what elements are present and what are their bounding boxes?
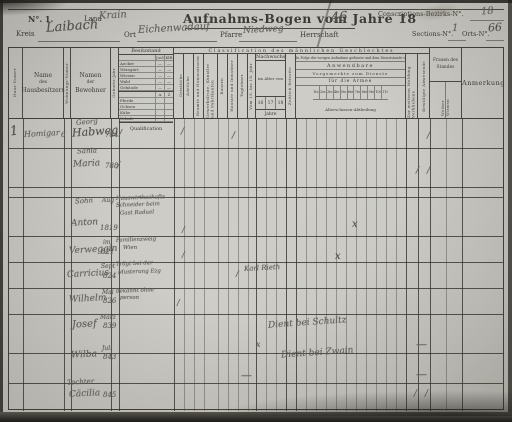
column-army-register: In Folge der vorigen Aufnahme gediente u… (296, 54, 406, 118)
handwritten-entry: — (416, 338, 427, 351)
mini-label: Gebäude (119, 85, 155, 90)
column-birth-year: Geburts-Jahr (111, 48, 119, 118)
grid-vline (204, 119, 205, 411)
column-inhabitants: Namen der Bewohner (71, 48, 111, 118)
table-header: Haus-Numer Name des Hausbesitzers Wohnun… (9, 48, 503, 119)
handwritten-entry: / (236, 269, 239, 278)
handwritten-entry: x (256, 340, 261, 349)
grid-vline (194, 119, 195, 411)
offspring-title: Nachwuchs (256, 54, 285, 61)
mini-value-cell (164, 98, 173, 103)
mini-label: Aecker (119, 61, 155, 66)
grid-vline (286, 119, 287, 411)
mini-value-cell: — (164, 73, 173, 78)
mini-value-cell: — (155, 67, 164, 72)
army-age-class-label: Altersclassen-Abtheilung (325, 100, 376, 118)
column-property: Besitzstand JochKlftAecker——Weingärt.——W… (119, 48, 174, 118)
grid-vline (71, 119, 72, 411)
handwritten-entry: / (182, 250, 185, 259)
column-women: Frauen des Standes Weiber Witwen (430, 48, 462, 118)
mini-value-cell: — (155, 79, 164, 84)
handwritten-entry: Trägt bei der (116, 260, 153, 267)
mini-label: Pferde (119, 98, 155, 103)
grid-vline (366, 119, 367, 411)
mini-header-cell: Z (164, 92, 173, 97)
mini-value-cell: — (155, 85, 164, 90)
offspring-mid-label: im Alter von (258, 61, 283, 96)
army-age-class-cell: 6te (348, 86, 355, 99)
mini-value-cell: — (164, 67, 173, 72)
handwritten-entry: März (100, 314, 116, 321)
ink-smudge (414, 0, 462, 25)
column-officials: Beamte und Honoratioren (194, 54, 204, 118)
property-title: Besitzstand (119, 48, 173, 55)
army-age-class-cell: 5te (341, 86, 348, 99)
mini-value-cell: — (164, 85, 173, 90)
grid-vline (306, 119, 307, 411)
pfarre-label: Pfarre (220, 31, 242, 39)
grid-vline (462, 119, 463, 411)
dwelling-number-label: Wohnungs-Numer (65, 63, 69, 104)
handwritten-entry: Mai (102, 289, 114, 296)
document-sheet: N°. 1. Land Aufnahms-Bogen vom Jahre 18 … (0, 0, 512, 414)
grid-hline (9, 314, 503, 315)
classification-section: Classification des männlichen Geschlecht… (174, 48, 430, 118)
mini-label: Weingärt. (119, 67, 155, 72)
handwritten-entry: im (103, 239, 111, 246)
handwritten-entry: Maria (73, 158, 101, 169)
remarks-label: Anmerkung (462, 79, 505, 87)
handwritten-entry: Tochter (67, 377, 94, 386)
army-age-class-cell: 11te (382, 86, 388, 99)
mini-label (119, 55, 155, 60)
handwritten-entry: — (241, 369, 252, 382)
column-cottagers: Häusler und Inwohner (228, 54, 238, 118)
column-widows: Witwen (446, 82, 450, 118)
army-line2: Anwendbare (296, 62, 405, 70)
property-land-table: JochKlftAecker——Weingärt.——Wiesen——Wald—… (119, 55, 173, 91)
grid-vline (228, 119, 229, 411)
photo-edge-right (508, 0, 512, 414)
handwritten-entry: 845 (103, 391, 116, 399)
handwritten-entry: Eichenwadauf (138, 21, 210, 36)
handwritten-entry: 66 (488, 21, 503, 35)
handwritten-entry: Sohn (75, 196, 94, 205)
bottom-right-shadow (212, 390, 512, 416)
column-offspring: Nachwuchs im Alter von 16 17 18 Jahre (256, 54, 286, 118)
handwritten-entry: 18 (481, 6, 494, 18)
handwritten-entry: 46 (330, 9, 348, 25)
orts-label: Orts-N°. (462, 30, 490, 38)
handwritten-entry: Sept (101, 263, 115, 270)
handwritten-entry: Cäcilia (69, 388, 101, 400)
column-exempted: Zeitlich Befreite (286, 54, 296, 118)
column-tradesmen: Gewerbsleute, Künstler und Fabrikanten (204, 54, 218, 118)
birth-year-label: Geburts-Jahr (112, 68, 116, 98)
handwritten-entry: / (117, 161, 120, 171)
handwritten-entry: / (181, 127, 184, 137)
army-line1: In Folge der vorigen Aufnahme gediente u… (296, 54, 405, 62)
handwritten-entry: / (232, 131, 235, 141)
army-age-class-cell: 7te (354, 86, 361, 99)
column-owner: Name des Hausbesitzers (23, 48, 64, 118)
mini-value-cell: — (155, 73, 164, 78)
handwritten-entry: / (182, 225, 185, 234)
grid-hline (9, 262, 503, 263)
handwritten-entry: / (119, 129, 122, 139)
army-age-class-cell: 3te (327, 86, 334, 99)
army-age-class-cell: 4te (334, 86, 341, 99)
women-subcolumns: Weiber Witwen (441, 82, 451, 118)
grid-vline (218, 119, 219, 411)
mini-label: Wiesen (119, 73, 155, 78)
house-number-label: Haus-Numer (13, 68, 17, 97)
grid-vline (356, 119, 357, 411)
grid-vline (174, 119, 175, 411)
army-age-class-cell: 1te (313, 86, 320, 99)
handwritten-entry: 843 (103, 353, 116, 361)
handwritten-entry: Wilhelm (69, 293, 107, 305)
sections-label: Sections-N°. (412, 30, 453, 38)
handwritten-entry: 824 (103, 272, 116, 280)
mini-value-cell (164, 104, 173, 109)
classification-columns: Geistliche Adeliche Beamte und Honoratio… (174, 54, 429, 118)
mini-value-cell (155, 104, 164, 109)
handwritten-entry: 784 (105, 131, 118, 139)
handwritten-entry: 1819 (100, 224, 118, 232)
handwritten-entry: Sania (77, 146, 97, 155)
mini-header-cell: Joch (155, 55, 164, 60)
property-livestock-table: AZPferdeOchsenKüheSchafe (119, 91, 173, 122)
column-farmers: Bauern (218, 54, 228, 118)
army-age-class-cells: 1te2te3te4te5te6te7te8te9te10te11te (313, 86, 388, 100)
handwritten-entry: Juli (102, 345, 112, 352)
offspring-age-18: 18 (276, 97, 285, 109)
grid-hline (9, 288, 503, 289)
army-age-class-cell: 9te (368, 86, 375, 99)
handwritten-entry: Aug (102, 197, 114, 204)
handwritten-entry: Gast Raduel (120, 209, 154, 216)
mini-label (119, 92, 155, 97)
column-remarks: Anmerkung (462, 48, 505, 118)
handwritten-entry: / (416, 166, 419, 176)
grid-vline (376, 119, 377, 411)
pfarre-underline (239, 41, 297, 42)
handwritten-entry: Laibach (46, 17, 99, 36)
grid-vline (296, 119, 297, 411)
offspring-age-cells: 16 17 18 (256, 96, 285, 109)
army-age-class-cell: 10te (375, 86, 382, 99)
handwritten-entry: Krain (99, 9, 127, 21)
offspring-age-16: 16 (256, 97, 266, 109)
grid-vline (346, 119, 347, 411)
handwritten-entry: 821 (101, 248, 114, 256)
handwritten-entry: x (335, 251, 341, 262)
offspring-age-17: 17 (266, 97, 276, 109)
grid-vline (336, 119, 337, 411)
handwritten-entry: Josef (72, 318, 97, 330)
handwritten-entry: Anton (71, 217, 99, 228)
grid-vline (326, 119, 327, 411)
mini-value-cell: — (164, 61, 173, 66)
column-further-report: Zur weiteren Meldung Verbliebene (406, 54, 418, 118)
grid-vline (64, 119, 65, 411)
ort-underline (137, 41, 217, 42)
grid-hline (9, 236, 503, 237)
grid-vline (406, 119, 407, 411)
handwritten-entry: Niedweg (243, 24, 284, 36)
handwritten-entry: Wilba (71, 349, 97, 360)
handwritten-entry: — (416, 368, 427, 381)
grid-vline (430, 119, 431, 411)
mini-header-cell: Klft (164, 55, 173, 60)
handwritten-entry: / (427, 131, 430, 141)
kreis-underline (38, 41, 120, 42)
offspring-years-label: Jahre (256, 109, 285, 118)
handwritten-entry: / (427, 166, 430, 176)
orts-underline (486, 40, 504, 41)
mini-label: Wald (119, 79, 155, 84)
army-age-class-cell: 2te (320, 86, 327, 99)
photo-edge-top (0, 0, 512, 3)
photo-edge-left (0, 0, 3, 414)
grid-vline (184, 119, 185, 411)
handwritten-entry: Wien (123, 245, 137, 251)
grid-vline (316, 119, 317, 411)
grid-vline (238, 119, 239, 411)
handwritten-entry: 6 (61, 131, 65, 139)
sections-underline (448, 40, 466, 41)
army-line3: Vorgemerkte zum Dienste (296, 70, 405, 78)
mini-value-cell: — (155, 61, 164, 66)
mini-value-cell (155, 98, 164, 103)
grid-vline (386, 119, 387, 411)
women-title: Frauen des Standes (430, 48, 461, 82)
owner-label: Name des Hausbesitzers (21, 71, 64, 96)
column-permitted-absent: Bewilligte Abwesende (418, 54, 430, 118)
mini-value-cell (155, 110, 164, 115)
mini-value-cell (164, 110, 173, 115)
mini-label: Ochsen (119, 104, 155, 109)
grid-vline (23, 119, 24, 411)
handwritten-entry: / (177, 298, 180, 307)
army-line4: für die Armee (296, 78, 405, 86)
grid-vline (446, 119, 447, 411)
handwritten-entry: 839 (103, 322, 116, 330)
mini-header-cell: A (155, 92, 164, 97)
kreis-label: Kreis (16, 30, 35, 38)
handwritten-entry: x (352, 219, 358, 230)
handwritten-entry: person (120, 295, 139, 301)
column-nobility: Adeliche (184, 54, 194, 118)
handwritten-entry: Homigar (24, 128, 60, 139)
mini-value-cell: — (164, 79, 173, 84)
handwritten-entry: 1 (452, 23, 458, 34)
column-dwelling-number: Wohnungs-Numer (64, 48, 71, 118)
column-age-15-18: Vom 15. bis 18. Jahr (248, 54, 256, 118)
grid-hline (9, 187, 503, 188)
column-day-laborers: Taglöhner (238, 54, 248, 118)
army-age-class-cell: 8te (361, 86, 368, 99)
mini-label: Kühe (119, 110, 155, 115)
column-clergy: Geistliche (174, 54, 184, 118)
grid-vline (396, 119, 397, 411)
photo-background: N°. 1. Land Aufnahms-Bogen vom Jahre 18 … (0, 0, 512, 422)
inhabitants-label: Namen der Bewohner (75, 71, 106, 96)
ort-label: Ort (124, 31, 136, 39)
handwritten-entry: 826 (103, 297, 116, 305)
